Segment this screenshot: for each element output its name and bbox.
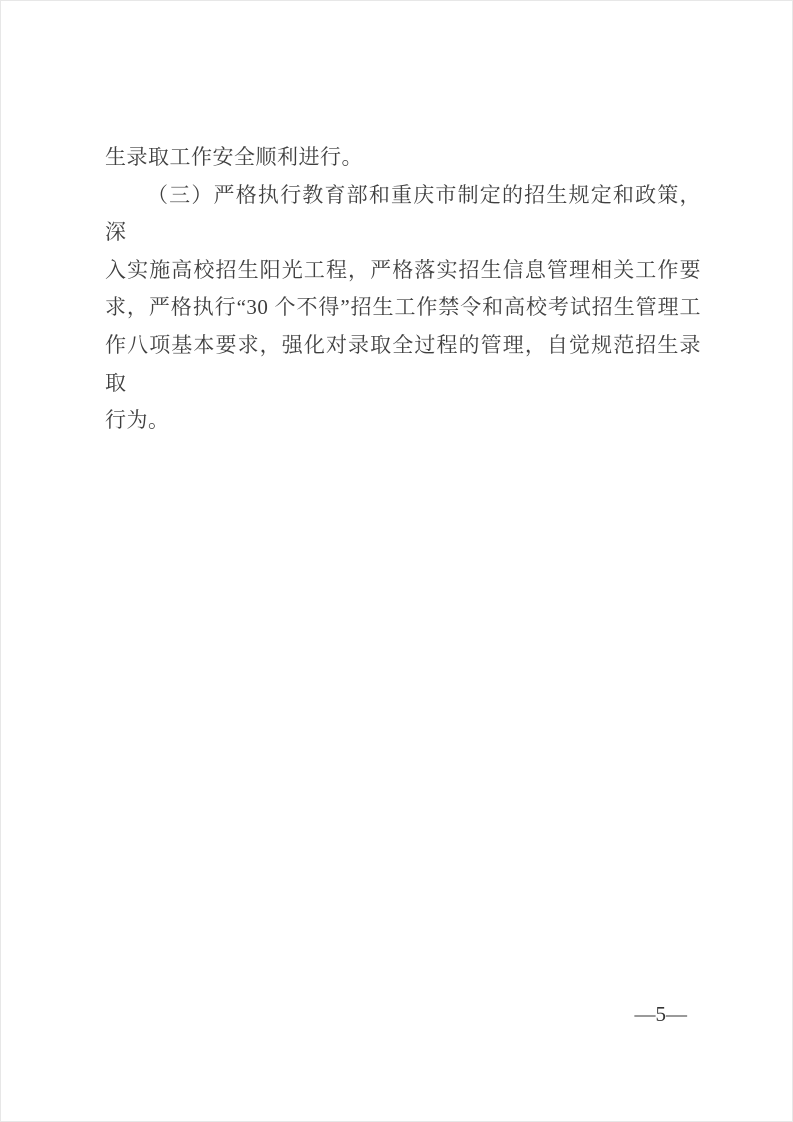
paragraph-item3-line-3: 求，严格执行“30 个不得”招生工作禁令和高校考试招生管理工 <box>105 289 701 327</box>
page-number: —5— <box>635 1002 688 1026</box>
paragraph-continuation-line: 生录取工作安全顺利进行。 <box>105 139 701 177</box>
paragraph-item3-line-4: 作八项基本要求，强化对录取全过程的管理，自觉规范招生录取 <box>105 327 701 402</box>
document-page: 生录取工作安全顺利进行。 （三）严格执行教育部和重庆市制定的招生规定和政策，深 … <box>0 0 793 1122</box>
text-block: 生录取工作安全顺利进行。 （三）严格执行教育部和重庆市制定的招生规定和政策，深 … <box>105 139 701 440</box>
paragraph-item3-line-2: 入实施高校招生阳光工程，严格落实招生信息管理相关工作要 <box>105 252 701 290</box>
paragraph-item3-line-5: 行为。 <box>105 402 701 440</box>
paragraph-item3-line-1: （三）严格执行教育部和重庆市制定的招生规定和政策，深 <box>105 177 701 252</box>
